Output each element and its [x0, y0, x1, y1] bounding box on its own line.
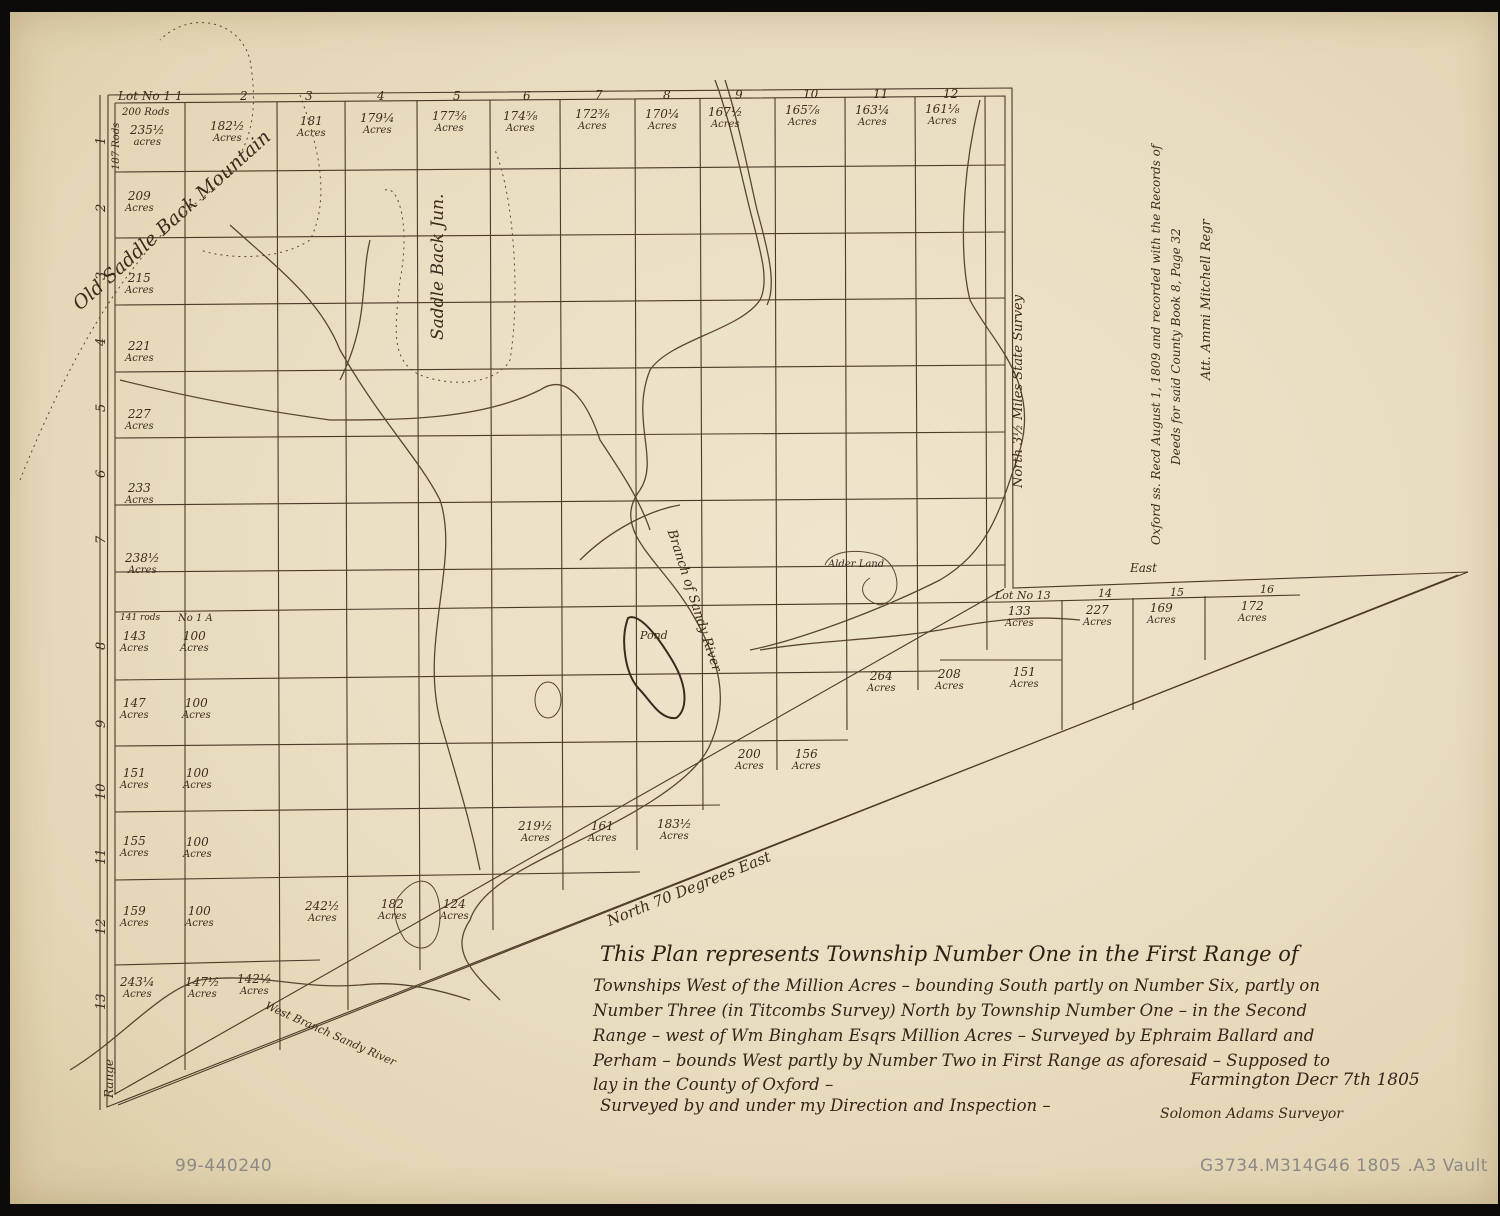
description-line: lay in the County of Oxford – — [593, 1077, 833, 1094]
column-number: 8 — [663, 89, 671, 101]
lot-acreage: 215Acres — [125, 272, 154, 296]
lot-acreage: 227Acres — [1083, 604, 1112, 628]
column-number: 6 — [523, 90, 531, 102]
lot-acreage: 200Acres — [735, 748, 764, 772]
description-line: Range – west of Wm Bingham Esqrs Million… — [593, 1028, 1314, 1045]
lot-acreage: 183½Acres — [657, 818, 692, 842]
place-date: Farmington Decr 7th 1805 — [1190, 1072, 1420, 1089]
lot-acreage: 147Acres — [120, 697, 149, 721]
lot-acreage: 208Acres — [935, 668, 964, 692]
east-lot-header: Lot No 13 — [995, 590, 1051, 601]
record-note-line: Att. Ammi Mitchell Regr — [1200, 219, 1213, 380]
row-number: 9 — [95, 720, 108, 728]
column-number: 9 — [735, 89, 743, 101]
description-line: Number Three (in Titcombs Survey) North … — [593, 1003, 1307, 1020]
row-number: 5 — [95, 404, 108, 412]
lot-acreage: 151Acres — [120, 767, 149, 791]
lot-acreage: 165⅞Acres — [785, 104, 820, 128]
lot-acreage: 227Acres — [125, 408, 154, 432]
rods-side-note: 187 Rods — [112, 123, 122, 170]
lot-acreage: 243¼Acres — [120, 976, 155, 1000]
lot-acreage: 221Acres — [125, 340, 154, 364]
lot-acreage: 238½Acres — [125, 552, 160, 576]
lot-acreage: 219½Acres — [518, 820, 553, 844]
column-number: 12 — [943, 88, 958, 100]
lot-acreage: 242½Acres — [305, 900, 340, 924]
call-number-label: G3734.M314G46 1805 .A3 Vault — [1200, 1156, 1488, 1176]
lot-acreage: 147½Acres — [185, 976, 220, 1000]
plan-title: This Plan represents Township Number One… — [600, 944, 1299, 965]
lot-acreage: 163¼Acres — [855, 104, 890, 128]
lot-acreage: 167½Acres — [708, 106, 743, 130]
lot-acreage: 233Acres — [125, 482, 154, 506]
lot-acreage: 100Acres — [183, 767, 212, 791]
archive-id-label: 99-440240 — [175, 1156, 272, 1176]
row-number: 13 — [95, 993, 108, 1010]
row-number: 2 — [95, 204, 108, 212]
column-number: 3 — [305, 90, 313, 102]
column-number: 11 — [873, 88, 888, 100]
lot-acreage: 169Acres — [1147, 602, 1176, 626]
row-number: 10 — [95, 783, 108, 800]
record-note-line: Deeds for said County Book 8, Page 32 — [1170, 228, 1182, 465]
lot-acreage: 143Acres — [120, 630, 149, 654]
row-number: 4 — [95, 338, 108, 346]
row-number: 8 — [95, 642, 108, 650]
lot-acreage: 182Acres — [378, 898, 407, 922]
surveyor-signature: Solomon Adams Surveyor — [1160, 1107, 1343, 1121]
lot-acreage: 172⅜Acres — [575, 108, 610, 132]
row-number: 7 — [95, 536, 108, 544]
column-number: 4 — [377, 90, 385, 102]
lot-acreage: 177⅜Acres — [432, 110, 467, 134]
row-number: 6 — [95, 470, 108, 478]
lot-acreage: 170¼Acres — [645, 108, 680, 132]
column-number: 2 — [240, 90, 248, 102]
north-line-label: North 3½ Miles State Survey — [1012, 295, 1025, 488]
lot-acreage: 100Acres — [182, 697, 211, 721]
column-number: 16 — [1260, 584, 1274, 595]
lot-acreage: 209Acres — [125, 190, 154, 214]
lot-acreage: 100Acres — [185, 905, 214, 929]
lot-acreage: 182½Acres — [210, 120, 245, 144]
column-number: 10 — [803, 88, 818, 100]
column-number: 5 — [453, 90, 461, 102]
lot-acreage: 133Acres — [1005, 605, 1034, 629]
lot-acreage: 172Acres — [1238, 600, 1267, 624]
rods-note: 141 rods — [120, 614, 160, 623]
lot-acreage: 161Acres — [588, 820, 617, 844]
row-number: 12 — [95, 918, 108, 935]
lot-a-note: No 1 A — [178, 614, 213, 624]
lot-acreage: 181Acres — [297, 115, 326, 139]
lot-acreage: 174⅝Acres — [503, 110, 538, 134]
lot-acreage: 124Acres — [440, 898, 469, 922]
pond-label: Pond — [640, 630, 668, 641]
column-number: 1 — [175, 90, 183, 102]
description-line: Townships West of the Million Acres – bo… — [593, 978, 1320, 995]
lot-acreage: 142½Acres — [237, 973, 272, 997]
saddle-back-outline — [385, 150, 515, 382]
lot-acreage: 156Acres — [792, 748, 821, 772]
branch-sandy-river — [462, 80, 764, 1000]
description-line: Perham – bounds West partly by Number Tw… — [593, 1053, 1330, 1070]
range-label: Range — [103, 1059, 115, 1098]
row-number: 11 — [95, 848, 108, 865]
lot-acreage: 264Acres — [867, 670, 896, 694]
lot-acreage: 235½acres — [130, 124, 165, 148]
east-label: East — [1130, 562, 1157, 574]
saddle-back-label: Saddle Back Jun. — [430, 194, 447, 340]
record-note-line: Oxford ss. Recd August 1, 1809 and recor… — [1150, 145, 1162, 545]
lot-header-label: Lot No 1 — [118, 90, 171, 102]
row-number: 1 — [95, 137, 108, 145]
lot-acreage: 161⅛Acres — [925, 103, 960, 127]
lot-acreage: 100Acres — [180, 630, 209, 654]
column-number: 7 — [595, 89, 603, 101]
column-number: 15 — [1170, 587, 1184, 598]
lot-acreage: 151Acres — [1010, 666, 1039, 690]
alder-land-label: Alder Land — [828, 560, 884, 570]
description-line: Surveyed by and under my Direction and I… — [600, 1098, 1051, 1115]
column-number: 14 — [1098, 588, 1112, 599]
rods-note: 200 Rods — [122, 108, 169, 118]
lot-acreage: 179¼Acres — [360, 112, 395, 136]
lot-acreage: 159Acres — [120, 905, 149, 929]
lot-acreage: 100Acres — [183, 836, 212, 860]
lot-acreage: 155Acres — [120, 835, 149, 859]
